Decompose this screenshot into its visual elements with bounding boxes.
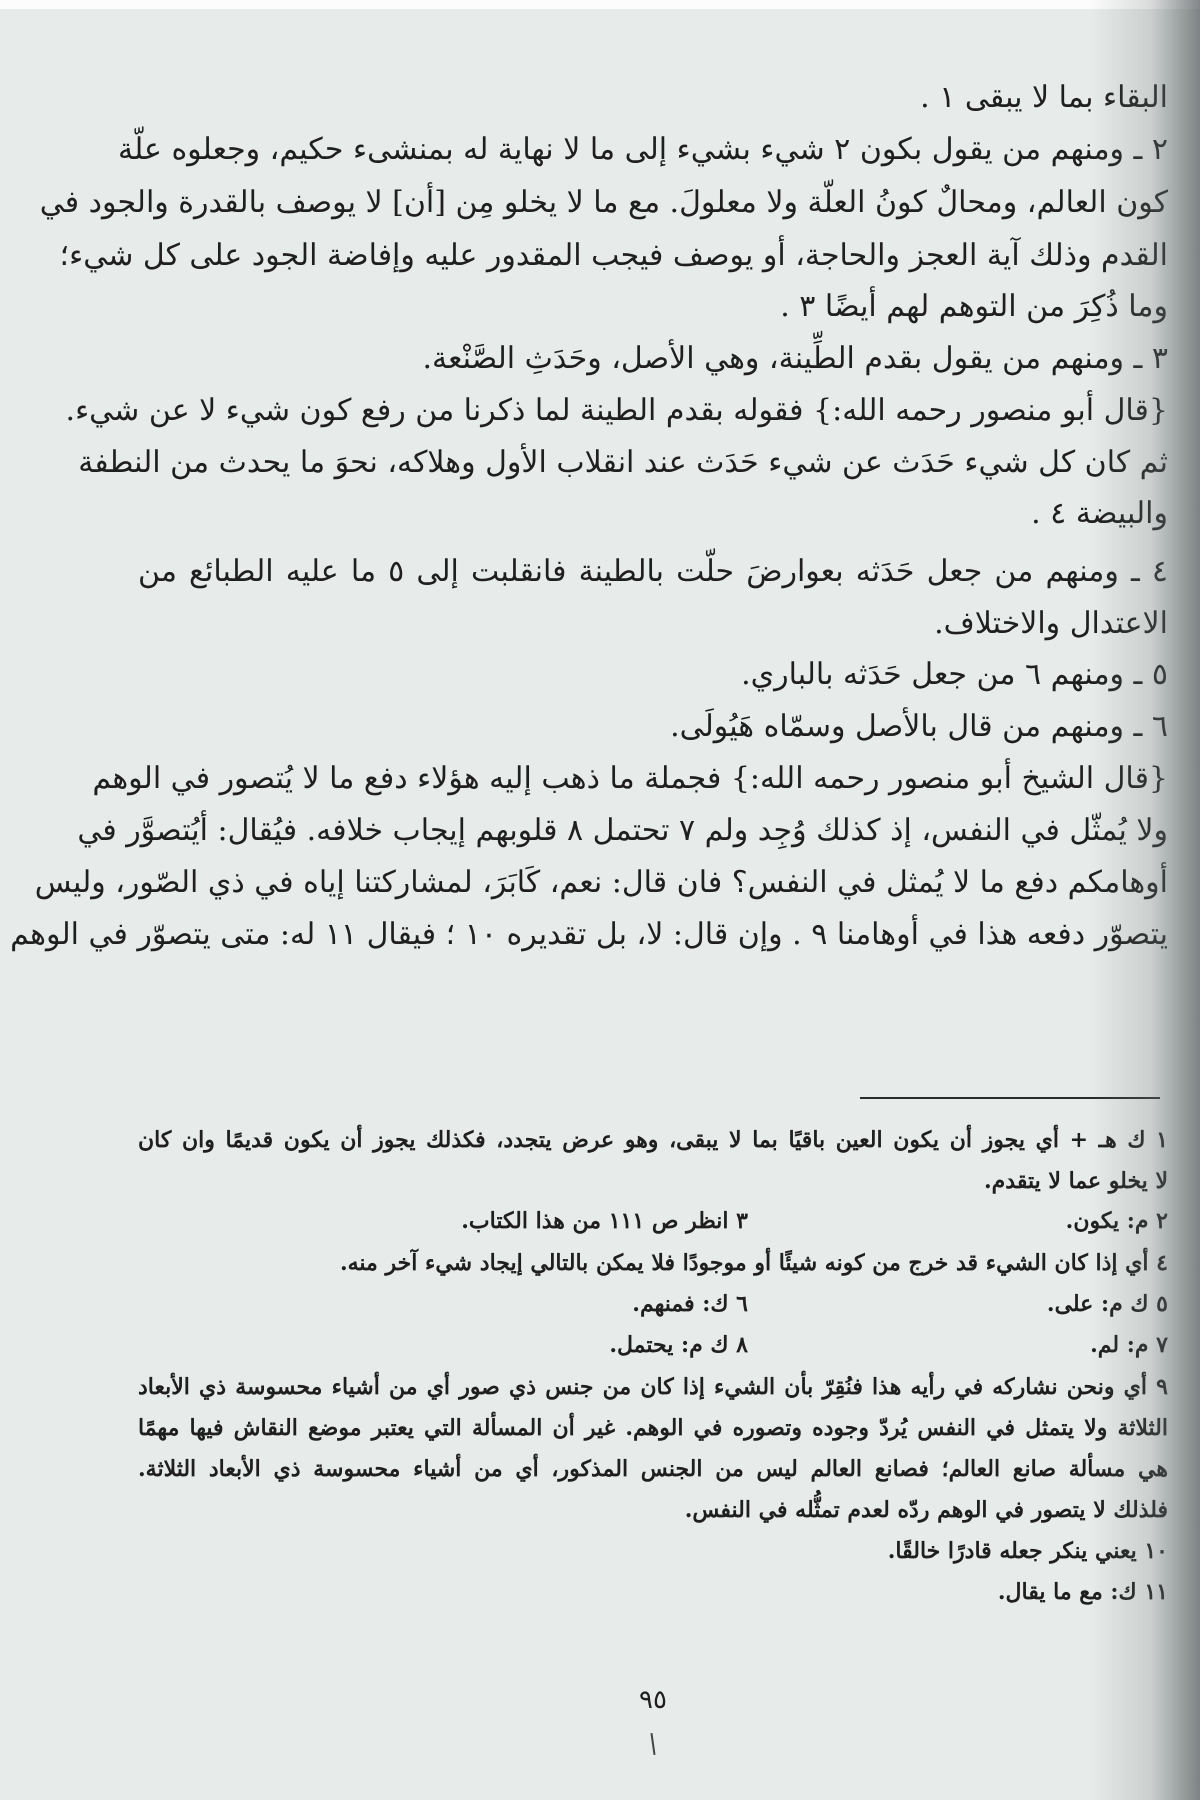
main-text-line: الاعتدال والاختلاف. <box>138 604 1168 644</box>
footnote-text: الثلاثة ولا يتمثل في النفس يُردّ وجوده و… <box>138 1415 1168 1441</box>
main-text-line: وما ذُكِرَ من التوهم لهم أيضًا ٣ . <box>138 287 1168 327</box>
footnote-text: ٥ ك م: على. <box>1047 1291 1168 1317</box>
footnote-line: فلذلك لا يتصور في الوهم ردّه لعدم تمثُّل… <box>138 1494 1168 1526</box>
footnote-line: ١١ ك: مع ما يقال. <box>138 1576 1168 1608</box>
main-text-line: ٢ ـ ومنهم من يقول بكون ٢ شيء بشيء إلى ما… <box>138 130 1168 170</box>
footnote-line: ٤ أي إذا كان الشيء قد خرج من كونه شيئًا … <box>138 1247 1168 1279</box>
footnote-line: ١٠ يعني ينكر جعله قادرًا خالقًا. <box>138 1535 1168 1567</box>
footnote-text-col2: ٣ انظر ص ١١١ من هذا الكتاب. <box>461 1205 748 1237</box>
footnote-text: ٩ أي ونحن نشاركه في رأيه هذا فنُقِرّ بأن… <box>138 1374 1168 1400</box>
footnote-text: فلذلك لا يتصور في الوهم ردّه لعدم تمثُّل… <box>685 1497 1168 1523</box>
footnote-text: هي مسألة صانع العالم؛ فصانع العالم ليس م… <box>138 1456 1168 1482</box>
main-text-line: القدم وذلك آية العجز والحاجة، أو يوصف في… <box>138 236 1168 276</box>
footnote-line: ٧ م: لم.٨ ك م: يحتمل. <box>138 1329 1168 1361</box>
page-number: ٩٥ <box>138 1685 1168 1715</box>
main-text-line: والبيضة ٤ . <box>138 494 1168 534</box>
footnote-line: لا يخلو عما لا يتقدم. <box>138 1165 1168 1197</box>
footnote-line: ١ ك هـ + أي يجوز أن يكون العين باقيًا بم… <box>138 1124 1168 1156</box>
main-text-line: {قال الشيخ أبو منصور رحمه الله:} فجملة م… <box>138 759 1168 799</box>
main-text-line: البقاء بما لا يبقى ١ . <box>138 78 1168 118</box>
main-text-line: أوهامكم دفع ما لا يُمثل في النفس؟ فان قا… <box>138 863 1168 903</box>
footnote-text-col2: ٨ ك م: يحتمل. <box>609 1329 748 1361</box>
footnote-text: ٢ م: يكون. <box>1066 1208 1168 1234</box>
main-text-line: يتصوّر دفعه هذا في أوهامنا ٩ . وإن قال: … <box>138 915 1168 955</box>
footnote-line: الثلاثة ولا يتمثل في النفس يُردّ وجوده و… <box>138 1412 1168 1444</box>
main-text-line: ٦ ـ ومنهم من قال بالأصل وسمّاه هَيُولَى. <box>138 707 1168 747</box>
footnote-line: ٩ أي ونحن نشاركه في رأيه هذا فنُقِرّ بأن… <box>138 1371 1168 1403</box>
footnote-text: ٧ م: لم. <box>1090 1332 1168 1358</box>
main-text-line: {قال أبو منصور رحمه الله:} فقوله بقدم ال… <box>138 391 1168 431</box>
footnote-text: لا يخلو عما لا يتقدم. <box>984 1168 1168 1194</box>
footnote-line: ٢ م: يكون.٣ انظر ص ١١١ من هذا الكتاب. <box>138 1205 1168 1237</box>
footnote-text-col2: ٦ ك: فمنهم. <box>632 1288 748 1320</box>
main-text-line: ثم كان كل شيء حَدَث عن شيء حَدَث عند انق… <box>138 443 1168 483</box>
main-text-line: ٥ ـ ومنهم ٦ من جعل حَدَثه بالباري. <box>138 655 1168 695</box>
main-text-line: كون العالم، ومحالٌ كونُ العلّة ولا معلول… <box>138 183 1168 223</box>
footnote-text: ٤ أي إذا كان الشيء قد خرج من كونه شيئًا … <box>340 1250 1168 1276</box>
footnote-text: ١٠ يعني ينكر جعله قادرًا خالقًا. <box>888 1538 1168 1564</box>
footnote-separator <box>860 1097 1160 1099</box>
book-page: البقاء بما لا يبقى ١ .٢ ـ ومنهم من يقول … <box>138 0 1168 1800</box>
main-text-line: ٣ ـ ومنهم من يقول بقدم الطِّينة، وهي الأ… <box>138 339 1168 379</box>
footnote-text: ١ ك هـ + أي يجوز أن يكون العين باقيًا بم… <box>138 1127 1168 1153</box>
footnote-line: ٥ ك م: على.٦ ك: فمنهم. <box>138 1288 1168 1320</box>
footnote-text: ١١ ك: مع ما يقال. <box>998 1579 1168 1605</box>
main-text-line: ولا يُمثّل في النفس، إذ كذلك وُجِد ولم ٧… <box>138 811 1168 851</box>
main-text-line: ٤ ـ ومنهم من جعل حَدَثه بعوارضَ حلّت بال… <box>138 552 1168 592</box>
footnote-line: هي مسألة صانع العالم؛ فصانع العالم ليس م… <box>138 1453 1168 1485</box>
page-mark <box>650 1733 655 1755</box>
